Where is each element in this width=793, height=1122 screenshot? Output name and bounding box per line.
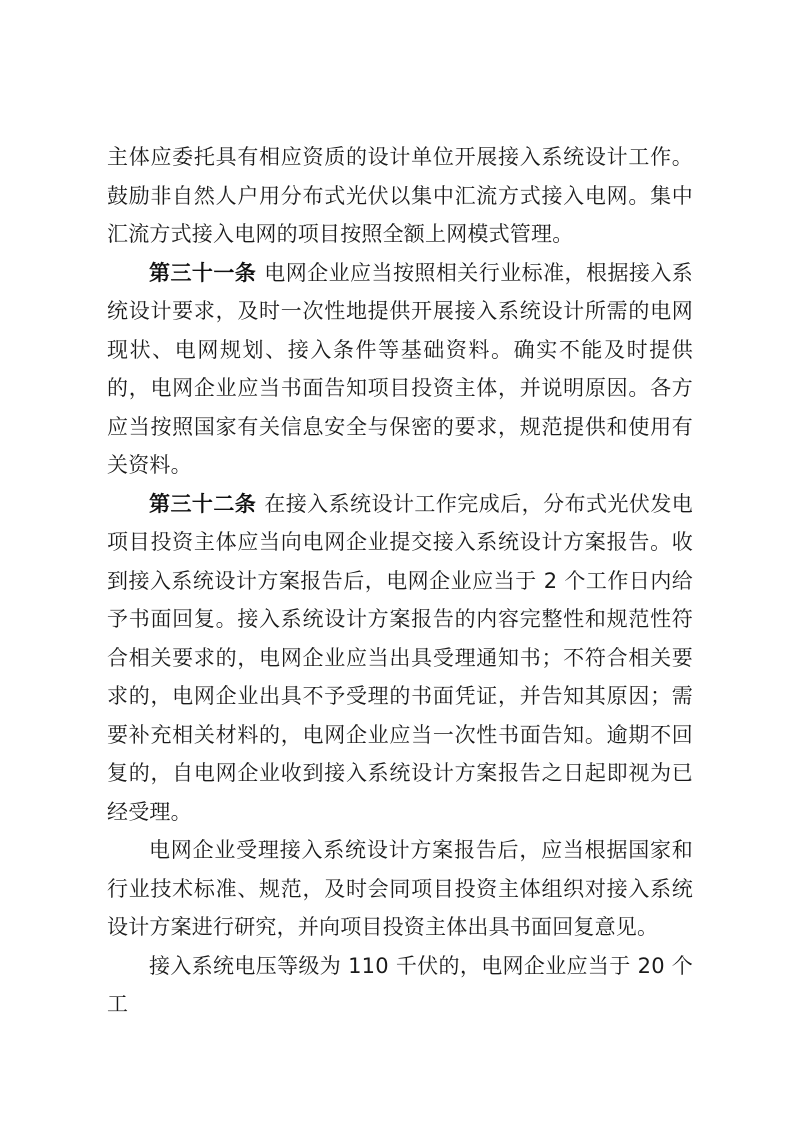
paragraph-article-31: 第三十一条电网企业应当按照相关行业标准，根据接入系统设计要求，及时一次性地提供开…: [107, 254, 693, 485]
paragraph-text: 在接入系统设计工作完成后，分布式光伏发电项目投资主体应当向电网企业提交接入系统设…: [107, 492, 693, 824]
article-label: 第三十一条: [149, 261, 256, 285]
paragraph-article-32: 第三十二条在接入系统设计工作完成后，分布式光伏发电项目投资主体应当向电网企业提交…: [107, 485, 693, 832]
document-page: 主体应委托具有相应资质的设计单位开展接入系统设计工作。鼓励非自然人户用分布式光伏…: [107, 138, 693, 1024]
paragraph-review: 电网企业受理接入系统设计方案报告后，应当根据国家和行业技术标准、规范，及时会同项…: [107, 831, 693, 947]
paragraph-text: 主体应委托具有相应资质的设计单位开展接入系统设计工作。鼓励非自然人户用分布式光伏…: [107, 145, 693, 246]
paragraph-text: 接入系统电压等级为 110 千伏的，电网企业应当于 20 个工: [107, 954, 693, 1017]
article-label: 第三十二条: [149, 492, 256, 516]
paragraph-text: 电网企业应当按照相关行业标准，根据接入系统设计要求，及时一次性地提供开展接入系统…: [107, 261, 693, 478]
paragraph-text: 电网企业受理接入系统设计方案报告后，应当根据国家和行业技术标准、规范，及时会同项…: [107, 838, 693, 939]
paragraph-voltage-110kv: 接入系统电压等级为 110 千伏的，电网企业应当于 20 个工: [107, 947, 693, 1024]
paragraph-continuation: 主体应委托具有相应资质的设计单位开展接入系统设计工作。鼓励非自然人户用分布式光伏…: [107, 138, 693, 254]
